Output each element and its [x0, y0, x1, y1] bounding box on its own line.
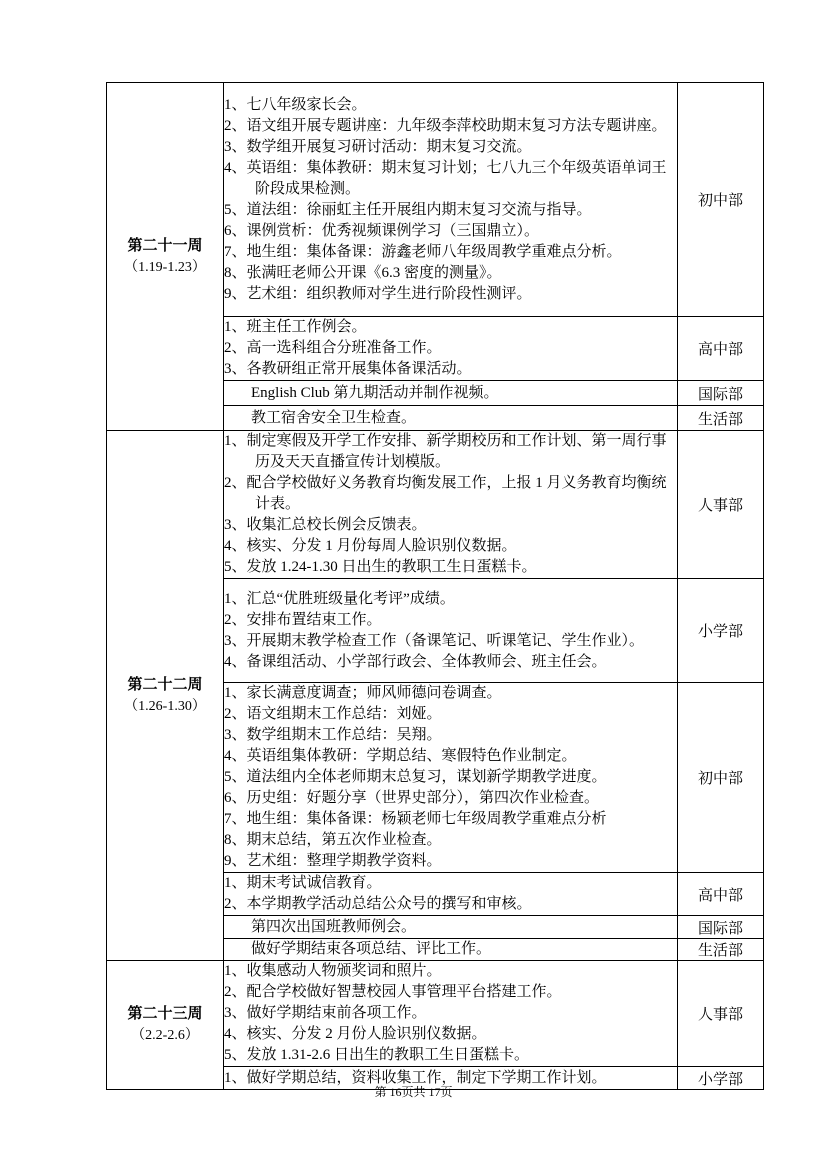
dept-cell: 高中部 [678, 317, 764, 381]
tasks-cell: 1、七八年级家长会。 2、语文组开展专题讲座：九年级李萍校助期末复习方法专题讲座… [224, 83, 678, 317]
task-item: 4、英语组集体教研：学期总结、寒假特色作业制定。 [224, 746, 677, 767]
task-item: 5、道法组内全体老师期末总复习，谋划新学期教学进度。 [224, 767, 677, 788]
task-item: 5、发放 1.24-1.30 日出生的教职工生日蛋糕卡。 [224, 557, 677, 578]
task-item: 1、期末考试诚信教育。 [224, 873, 677, 894]
task-item: 1、班主任工作例会。 [224, 317, 677, 338]
week-label: 第二十二周 [107, 674, 223, 696]
task-item: 2、配合学校做好义务教育均衡发展工作，上报 1 月义务教育均衡统计表。 [224, 473, 677, 515]
task-item: 1、汇总“优胜班级量化考评”成绩。 [224, 589, 677, 610]
document-page: 第二十一周 （1.19-1.23） 1、七八年级家长会。 2、语文组开展专题讲座… [0, 0, 827, 1169]
task-item: 4、备课组活动、小学部行政会、全体教师会、班主任会。 [224, 652, 677, 673]
task-item: 1、七八年级家长会。 [224, 95, 677, 116]
week-cell-21: 第二十一周 （1.19-1.23） [107, 83, 224, 431]
week-cell-22: 第二十二周 （1.26-1.30） [107, 431, 224, 961]
task-item: 5、道法组：徐丽虹主任开展组内期末复习交流与指导。 [224, 200, 677, 221]
task-item: 7、地生组：集体备课：游鑫老师八年级周教学重难点分析。 [224, 242, 677, 263]
task-item: 2、配合学校做好智慧校园人事管理平台搭建工作。 [224, 982, 677, 1003]
dept-cell: 人事部 [678, 961, 764, 1067]
tasks-cell: 1、制定寒假及开学工作安排、新学期校历和工作计划、第一周行事历及天天直播宣传计划… [224, 431, 678, 579]
week-label: 第二十三周 [107, 1003, 223, 1025]
week-dates: （1.26-1.30） [107, 696, 223, 718]
task-item: 3、开展期末教学检查工作（备课笔记、听课笔记、学生作业）。 [224, 631, 677, 652]
task-item: 9、艺术组：整理学期教学资料。 [224, 851, 677, 872]
task-item: 2、安排布置结束工作。 [224, 610, 677, 631]
week-label: 第二十一周 [107, 235, 223, 257]
page-number: 第 16页共 17页 [0, 1084, 827, 1100]
task-item: 7、地生组：集体备课：杨颖老师七年级周教学重难点分析 [224, 809, 677, 830]
dept-cell: 初中部 [678, 683, 764, 873]
task-item: 4、核实、分发 1 月份每周人脸识别仪数据。 [224, 536, 677, 557]
table-row: 第二十一周 （1.19-1.23） 1、七八年级家长会。 2、语文组开展专题讲座… [107, 83, 764, 317]
task-item: 9、艺术组：组织教师对学生进行阶段性测评。 [224, 284, 677, 305]
tasks-cell: English Club 第九期活动并制作视频。 [224, 381, 678, 406]
task-item: 4、核实、分发 2 月份人脸识别仪数据。 [224, 1024, 677, 1045]
task-item: 3、各教研组正常开展集体备课活动。 [224, 359, 677, 380]
task-item: 2、高一选科组合分班准备工作。 [224, 338, 677, 359]
task-item: 6、课例赏析：优秀视频课例学习（三国鼎立）。 [224, 221, 677, 242]
tasks-cell: 第四次出国班教师例会。 [224, 916, 678, 939]
task-item: 8、张满旺老师公开课《6.3 密度的测量》。 [224, 263, 677, 284]
task-item: English Club 第九期活动并制作视频。 [224, 383, 677, 404]
task-item: 2、语文组开展专题讲座：九年级李萍校助期末复习方法专题讲座。 [224, 116, 677, 137]
task-item: 1、收集感动人物颁奖词和照片。 [224, 961, 677, 982]
task-item: 做好学期结束各项总结、评比工作。 [224, 939, 677, 960]
task-item: 6、历史组：好题分享（世界史部分），第四次作业检查。 [224, 788, 677, 809]
tasks-cell: 1、期末考试诚信教育。 2、本学期教学活动总结公众号的撰写和审核。 [224, 873, 678, 916]
task-item: 3、收集汇总校长例会反馈表。 [224, 515, 677, 536]
task-item: 第四次出国班教师例会。 [224, 917, 677, 938]
table-row: 第二十二周 （1.26-1.30） 1、制定寒假及开学工作安排、新学期校历和工作… [107, 431, 764, 579]
task-item: 1、家长满意度调查；师风师德问卷调查。 [224, 683, 677, 704]
dept-cell: 人事部 [678, 431, 764, 579]
tasks-cell: 1、汇总“优胜班级量化考评”成绩。 2、安排布置结束工作。 3、开展期末教学检查… [224, 579, 678, 683]
week-cell-23: 第二十三周 （2.2-2.6） [107, 961, 224, 1090]
task-item: 教工宿舍安全卫生检查。 [224, 408, 677, 429]
dept-cell: 生活部 [678, 406, 764, 431]
dept-cell: 小学部 [678, 579, 764, 683]
task-item: 4、英语组：集体教研：期末复习计划；七八九三个年级英语单词王阶段成果检测。 [224, 158, 677, 200]
dept-cell: 初中部 [678, 83, 764, 317]
dept-cell: 国际部 [678, 916, 764, 939]
schedule-table: 第二十一周 （1.19-1.23） 1、七八年级家长会。 2、语文组开展专题讲座… [106, 82, 764, 1090]
tasks-cell: 1、收集感动人物颁奖词和照片。 2、配合学校做好智慧校园人事管理平台搭建工作。 … [224, 961, 678, 1067]
table-row: 第二十三周 （2.2-2.6） 1、收集感动人物颁奖词和照片。 2、配合学校做好… [107, 961, 764, 1067]
tasks-cell: 1、班主任工作例会。 2、高一选科组合分班准备工作。 3、各教研组正常开展集体备… [224, 317, 678, 381]
week-dates: （2.2-2.6） [107, 1025, 223, 1047]
dept-cell: 国际部 [678, 381, 764, 406]
tasks-cell: 做好学期结束各项总结、评比工作。 [224, 939, 678, 961]
tasks-cell: 1、家长满意度调查；师风师德问卷调查。 2、语文组期末工作总结：刘娅。 3、数学… [224, 683, 678, 873]
task-item: 3、数学组开展复习研讨活动：期末复习交流。 [224, 137, 677, 158]
tasks-cell: 教工宿舍安全卫生检查。 [224, 406, 678, 431]
week-dates: （1.19-1.23） [107, 257, 223, 279]
task-item: 5、发放 1.31-2.6 日出生的教职工生日蛋糕卡。 [224, 1045, 677, 1066]
task-item: 3、数学组期末工作总结：吴翔。 [224, 725, 677, 746]
dept-cell: 高中部 [678, 873, 764, 916]
dept-cell: 生活部 [678, 939, 764, 961]
task-item: 8、期末总结，第五次作业检查。 [224, 830, 677, 851]
task-item: 2、本学期教学活动总结公众号的撰写和审核。 [224, 894, 677, 915]
task-item: 3、做好学期结束前各项工作。 [224, 1003, 677, 1024]
task-item: 2、语文组期末工作总结：刘娅。 [224, 704, 677, 725]
task-item: 1、制定寒假及开学工作安排、新学期校历和工作计划、第一周行事历及天天直播宣传计划… [224, 431, 677, 473]
